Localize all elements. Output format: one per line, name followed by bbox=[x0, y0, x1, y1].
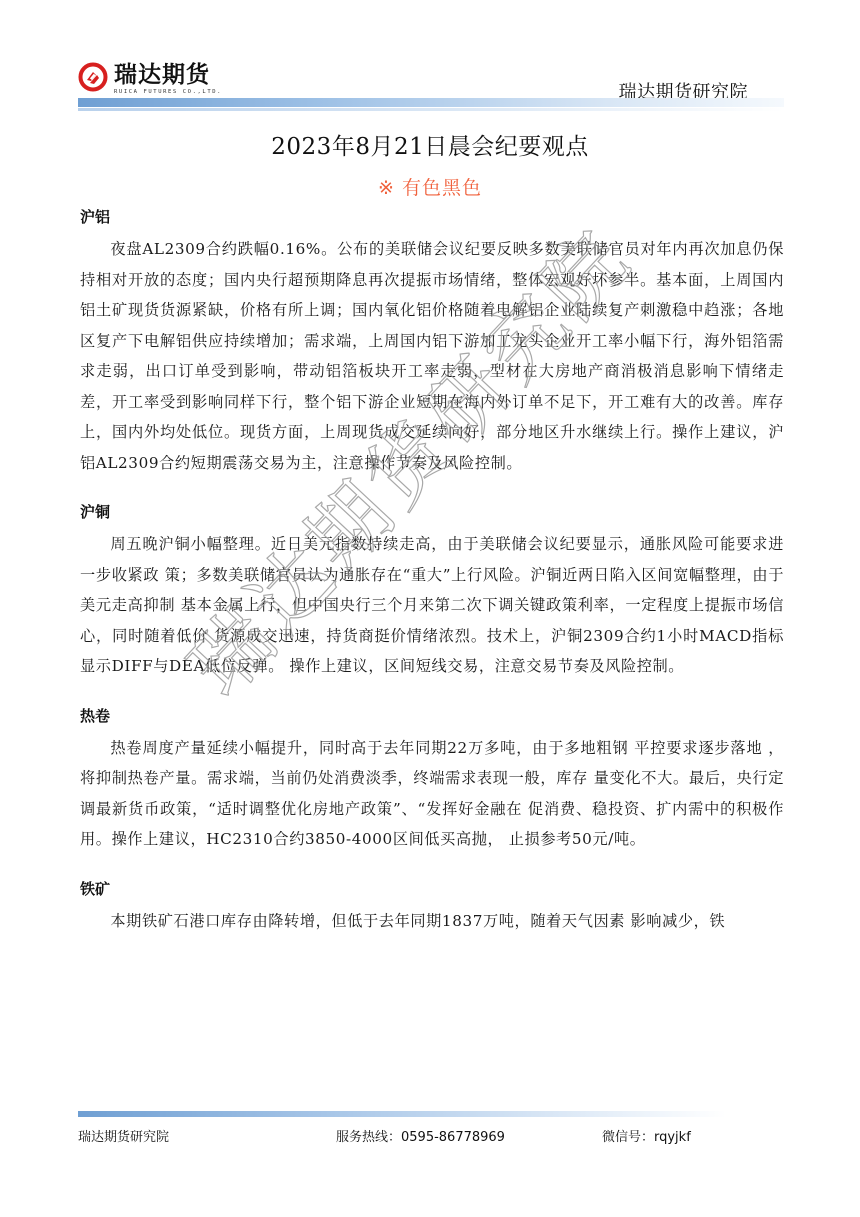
section-hot-rolled-coil: 热卷 热卷周度产量延续小幅提升，同时高于去年同期22万多吨，由于多地粗钢 平控要… bbox=[80, 704, 784, 855]
section-aluminum: 沪铝 夜盘AL2309合约跌幅0.16%。公布的美联储会议纪要反映多数美联储官员… bbox=[80, 205, 784, 478]
section-iron-ore: 铁矿 本期铁矿石港口库存由降转增，但低于去年同期1837万吨，随着天气因素 影响… bbox=[80, 877, 784, 937]
footer-org: 瑞达期货研究院 bbox=[78, 1126, 169, 1145]
section-copper: 沪铜 周五晚沪铜小幅整理。近日美元指数持续走高，由于美联储会议纪要显示，通胀风险… bbox=[80, 500, 784, 682]
footer-divider-bar bbox=[78, 1111, 726, 1117]
header-divider-bar bbox=[78, 98, 784, 107]
document-page: 瑞达期货 RUICA FUTURES CO.,LTD. 瑞达期货研究院 2023… bbox=[0, 0, 860, 1217]
footer-hotline: 服务热线：0595-86778969 bbox=[336, 1126, 505, 1145]
section-heading: 沪铝 bbox=[80, 205, 784, 229]
document-subtitle: ※ 有色黑色 bbox=[0, 173, 860, 200]
page-header: 瑞达期货 RUICA FUTURES CO.,LTD. 瑞达期货研究院 bbox=[78, 58, 784, 118]
section-heading: 沪铜 bbox=[80, 500, 784, 524]
company-logo: 瑞达期货 RUICA FUTURES CO.,LTD. bbox=[78, 62, 222, 95]
section-body: 夜盘AL2309合约跌幅0.16%。公布的美联储会议纪要反映多数美联储官员对年内… bbox=[80, 234, 784, 478]
header-divider-line bbox=[78, 108, 784, 111]
section-heading: 热卷 bbox=[80, 704, 784, 728]
document-title: 2023年8月21日晨会纪要观点 bbox=[0, 128, 860, 161]
logo-subtitle: RUICA FUTURES CO.,LTD. bbox=[114, 89, 222, 95]
logo-mark-icon bbox=[78, 62, 108, 92]
section-heading: 铁矿 bbox=[80, 877, 784, 901]
section-body: 热卷周度产量延续小幅提升，同时高于去年同期22万多吨，由于多地粗钢 平控要求逐步… bbox=[80, 733, 784, 855]
report-content: 沪铝 夜盘AL2309合约跌幅0.16%。公布的美联储会议纪要反映多数美联储官员… bbox=[80, 205, 784, 958]
section-body: 本期铁矿石港口库存由降转增，但低于去年同期1837万吨，随着天气因素 影响减少，… bbox=[80, 906, 784, 937]
section-body: 周五晚沪铜小幅整理。近日美元指数持续走高，由于美联储会议纪要显示，通胀风险可能要… bbox=[80, 529, 784, 682]
footer-wechat: 微信号：rqyjkf bbox=[602, 1126, 691, 1145]
logo-name: 瑞达期货 bbox=[114, 62, 222, 88]
